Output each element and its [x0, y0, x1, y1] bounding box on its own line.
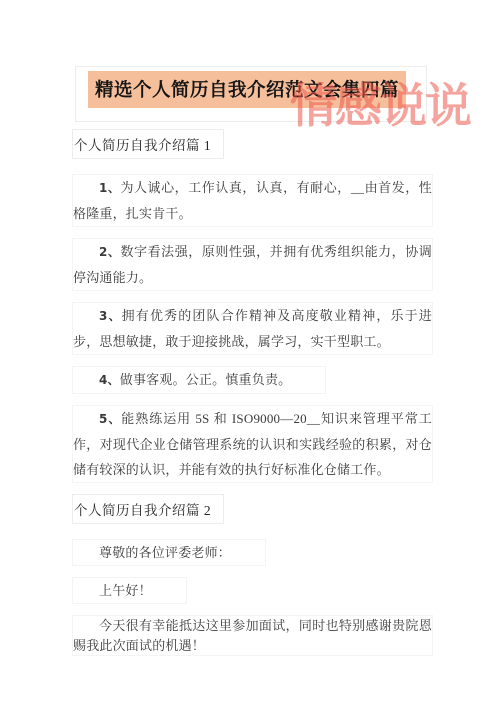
paragraph: 尊敬的各位评委老师： [72, 539, 266, 566]
paragraph-text: 尊敬的各位评委老师： [99, 545, 231, 560]
paragraph-text: 数字看法强，原则性强，并拥有优秀组织能力，协调停沟通能力。 [73, 244, 432, 285]
paragraph: 2、数字看法强，原则性强，并拥有优秀组织能力，协调停沟通能力。 [72, 238, 433, 291]
section-heading-2: 个人简历自我介绍篇 2 [72, 494, 224, 524]
section-heading-1: 个人简历自我介绍篇 1 [72, 129, 224, 159]
paragraph-text: 今天很有幸能抵达这里参加面试，同时也特别感谢贵院恩赐我此次面试的机遇！ [73, 618, 432, 653]
paragraph: 今天很有幸能抵达这里参加面试，同时也特别感谢贵院恩赐我此次面试的机遇！ [72, 615, 433, 656]
paragraph-text: 上午好！ [99, 583, 152, 598]
document-body: 个人简历自我介绍篇 1 1、为人诚心，工作认真，认真，有耐心，__由首发，性格隆… [72, 129, 433, 667]
page-title: 精选个人简历自我介绍范文会集四篇 [88, 71, 406, 108]
paragraph-text: 能熟练运用 5S 和 ISO9000—20__知识来管理平常工作，对现代企业仓储… [73, 411, 432, 477]
paragraph-number: 5、 [99, 412, 121, 426]
section-2-heading-row: 个人简历自我介绍篇 2 [72, 494, 433, 524]
paragraph: 上午好！ [72, 577, 187, 604]
paragraph: 1、为人诚心，工作认真，认真，有耐心，__由首发，性格隆重，扎实肯干。 [72, 174, 433, 227]
section-1-heading-row: 个人简历自我介绍篇 1 [72, 129, 433, 159]
paragraph-text: 为人诚心，工作认真，认真，有耐心，__由首发，性格隆重，扎实肯干。 [73, 180, 432, 221]
paragraph: 3、拥有优秀的团队合作精神及高度敬业精神，乐于进步，思想敏捷，敢于迎接挑战，属学… [72, 302, 433, 355]
paragraph-number: 3、 [99, 309, 122, 323]
title-box: 精选个人简历自我介绍范文会集四篇 [75, 66, 427, 122]
paragraph-text: 做事客观。公正。慎重负责。 [120, 372, 292, 387]
paragraph: 5、能熟练运用 5S 和 ISO9000—20__知识来管理平常工作，对现代企业… [72, 405, 433, 483]
paragraph-number: 1、 [99, 181, 120, 195]
paragraph-text: 拥有优秀的团队合作精神及高度敬业精神，乐于进步，思想敏捷，敢于迎接挑战，属学习，… [73, 308, 432, 349]
paragraph-number: 2、 [99, 245, 120, 259]
document-page: 情感说说 精选个人简历自我介绍范文会集四篇 个人简历自我介绍篇 1 1、为人诚心… [0, 0, 500, 708]
paragraph-number: 4、 [99, 373, 120, 387]
paragraph: 4、做事客观。公正。慎重负责。 [72, 366, 326, 394]
